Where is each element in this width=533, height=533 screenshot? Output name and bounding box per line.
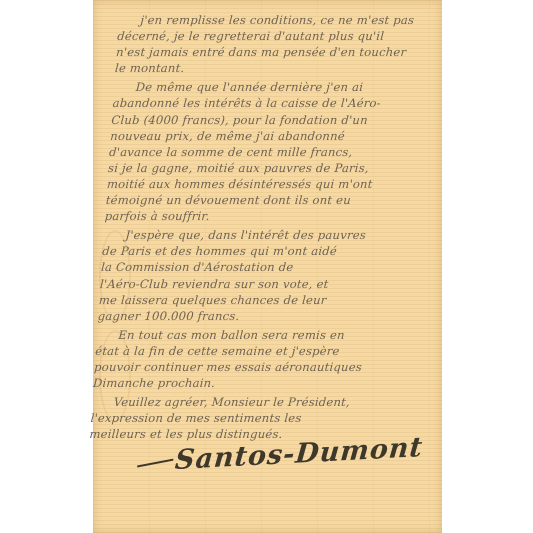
letter-line: le montant. [114, 60, 427, 76]
letter-line: Veuillez agréer, Monsieur le Président, [91, 394, 404, 410]
scan-background: j'en remplisse les conditions, ce ne m'e… [0, 0, 533, 533]
letter-paragraph: En tout cas mon ballon sera remis enétat… [92, 327, 409, 391]
letter-line: décerné, je le regretterai d'autant plus… [117, 28, 430, 44]
letter-line: parfois à souffrir. [104, 208, 417, 224]
letter-line: moitié aux hommes désintéressés qui m'on… [106, 176, 419, 192]
letter-line: Dimanche prochain. [92, 375, 405, 391]
letter-paragraph: De même que l'année dernière j'en aiaban… [104, 79, 426, 224]
letter-line: En tout cas mon ballon sera remis en [96, 327, 409, 343]
letter-paragraph: J'espère que, dans l'intérêt des pauvres… [97, 227, 416, 324]
letter-line: pouvoir continuer mes essais aéronautiqu… [94, 359, 407, 375]
letter-line: n'est jamais entré dans ma pensée d'en t… [116, 44, 429, 60]
letter-line: gagner 100.000 francs. [97, 308, 410, 324]
letter-paper: j'en remplisse les conditions, ce ne m'e… [93, 0, 442, 533]
letter-line: témoigné un dévouement dont ils ont eu [105, 192, 418, 208]
letter-line: me laissera quelques chances de leur [98, 292, 411, 308]
letter-line: J'espère que, dans l'intérêt des pauvres [103, 227, 416, 243]
letter-line: De même que l'année dernière j'en ai [113, 79, 426, 95]
letter-line: l'Aéro-Club reviendra sur son vote, et [99, 276, 412, 292]
letter-body: j'en remplisse les conditions, ce ne m'e… [89, 12, 431, 445]
letter-line: nouveau prix, de même j'ai abandonné [110, 128, 423, 144]
letter-line: état à la fin de cette semaine et j'espè… [95, 343, 408, 359]
letter-line: si je la gagne, moitié aux pauvres de Pa… [108, 160, 421, 176]
letter-line: de Paris et des hommes qui m'ont aidé [102, 243, 415, 259]
letter-paragraph: j'en remplisse les conditions, ce ne m'e… [114, 12, 431, 76]
letter-line: d'avance la somme de cent mille francs, [109, 144, 422, 160]
letter-line: l'expression de mes sentiments les [90, 410, 403, 426]
letter-line: j'en remplisse les conditions, ce ne m'e… [118, 12, 431, 28]
letter-line: abandonné les intérêts à la caisse de l'… [112, 95, 425, 111]
letter-line: Club (4000 francs), pour la fondation d'… [111, 112, 424, 128]
letter-line: la Commission d'Aérostation de [101, 259, 414, 275]
